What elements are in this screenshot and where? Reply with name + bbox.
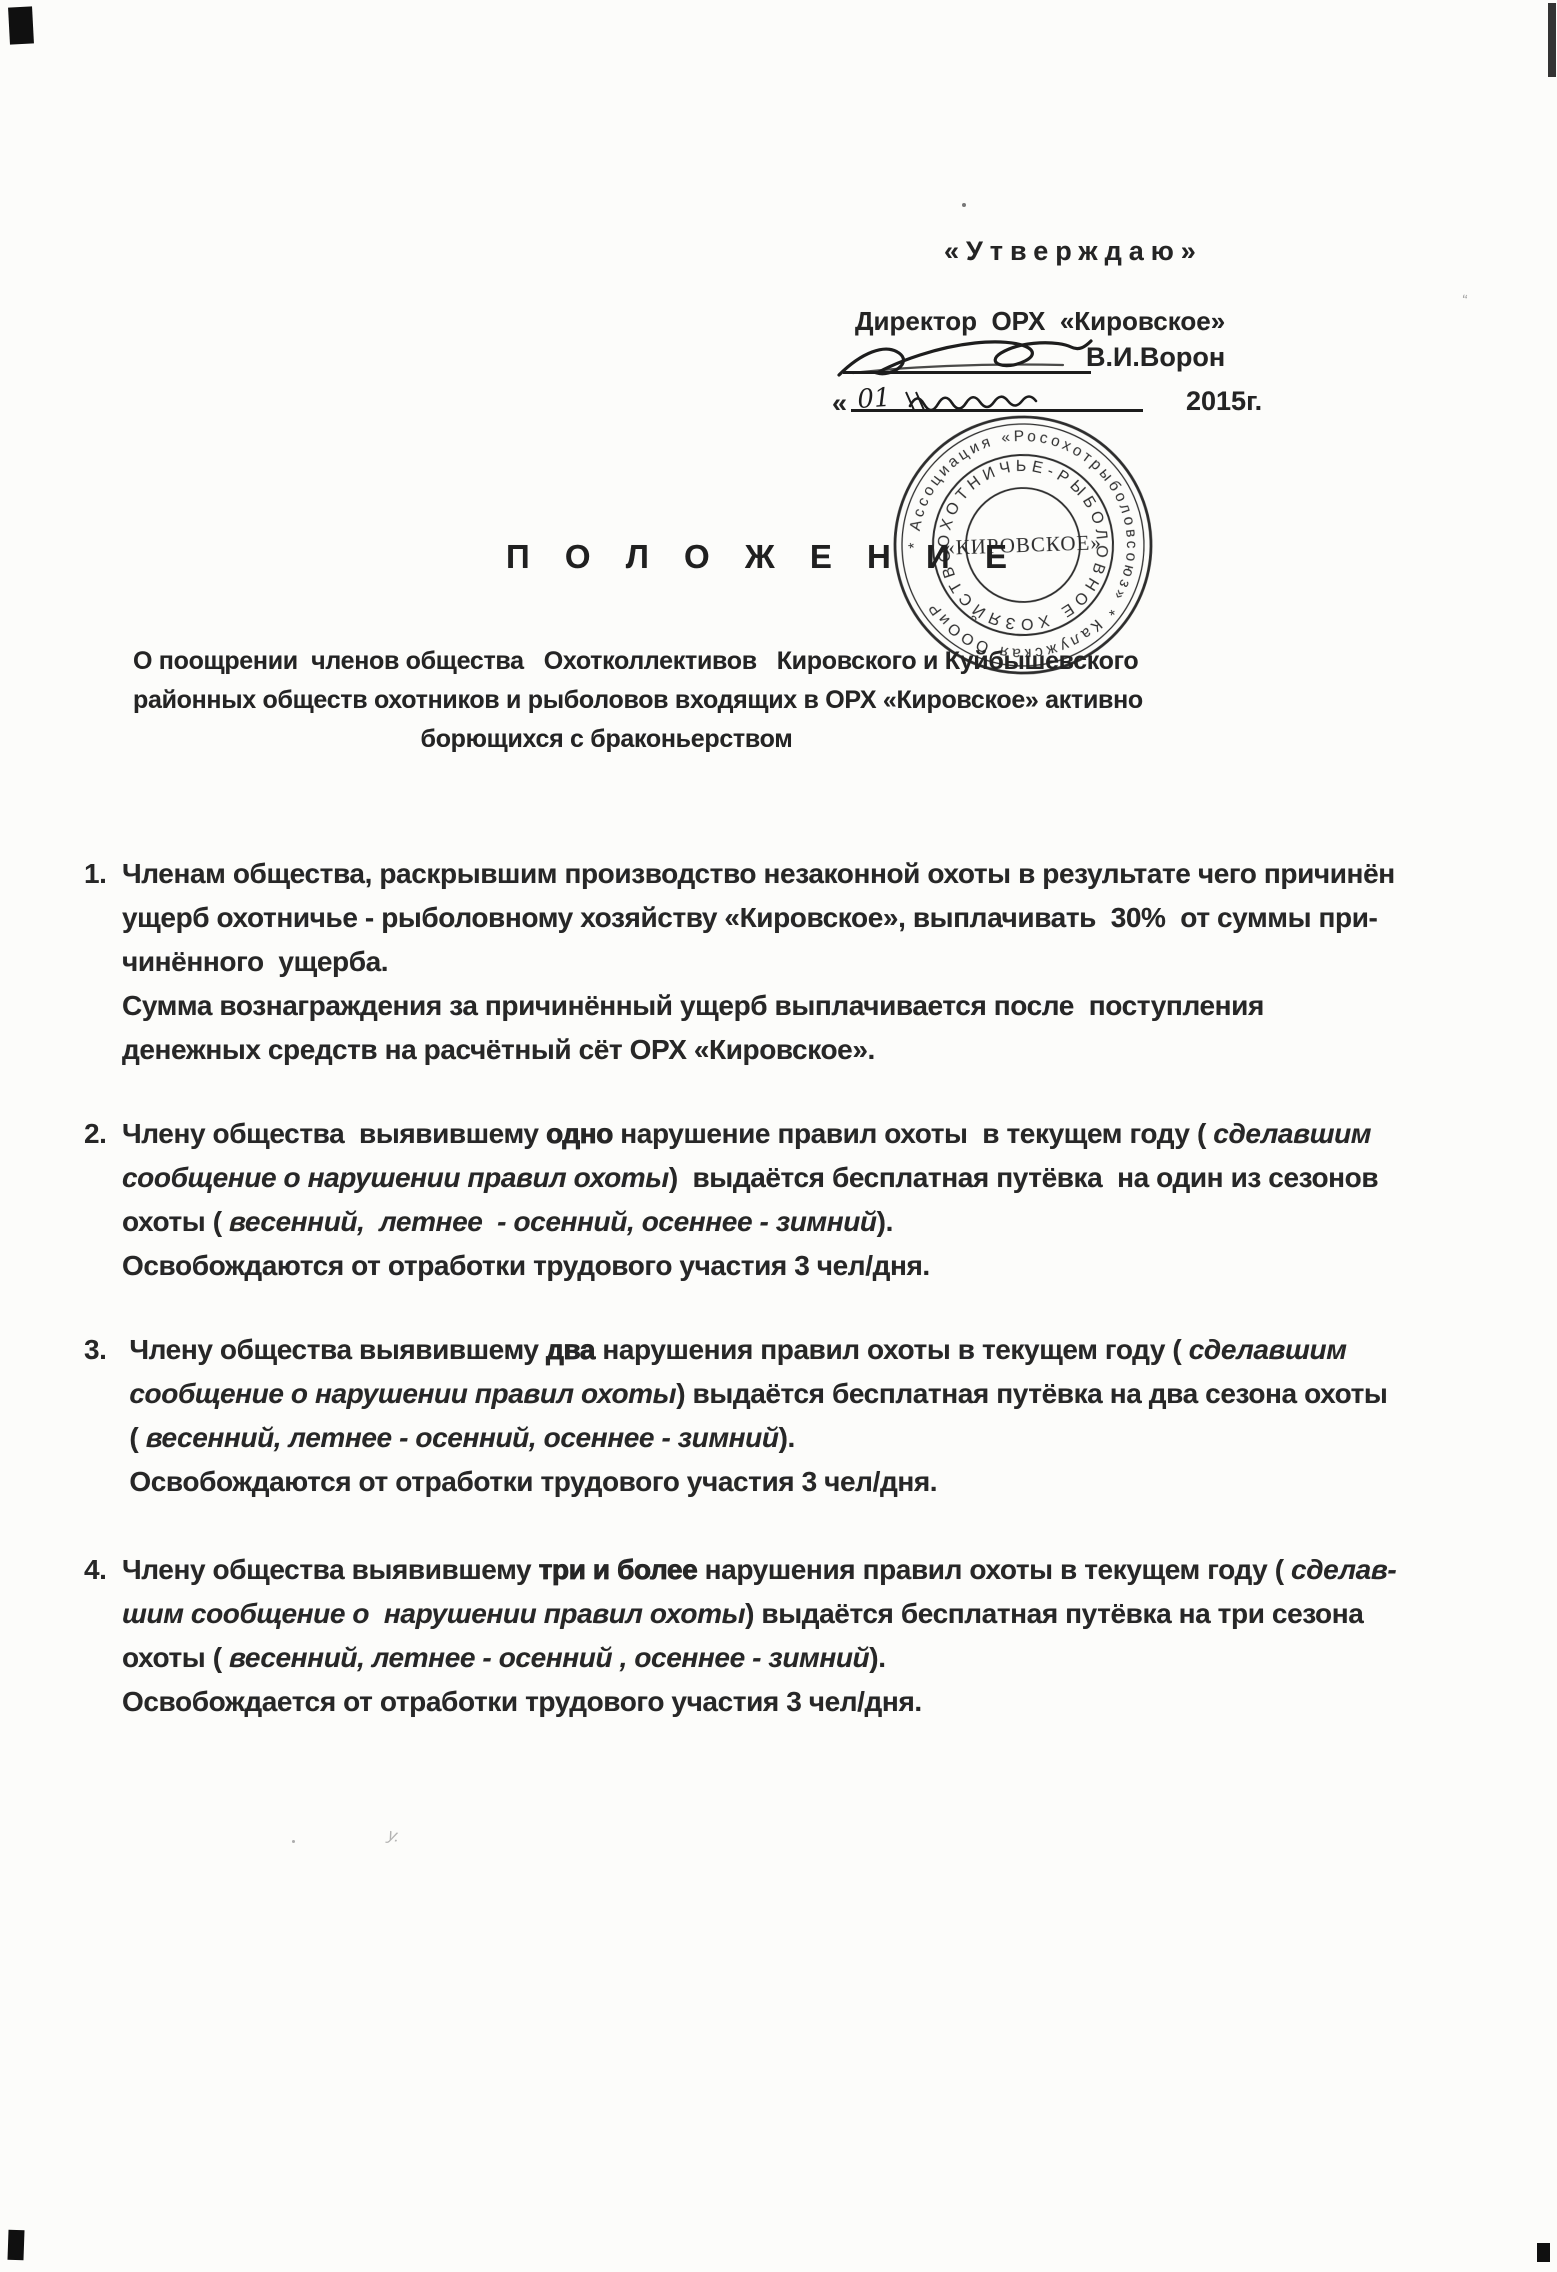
- text-line: Членам общества, раскрывшим производство…: [122, 852, 1484, 896]
- approval-word: «Утверждаю»: [944, 236, 1203, 267]
- signature-line: [843, 371, 1091, 374]
- text-line: Освобождается от отработки трудового уча…: [122, 1680, 1484, 1724]
- date-open-quote: «: [832, 388, 847, 419]
- body-text: ).: [779, 1422, 795, 1453]
- body-text: нарушение правил охоты в текущем году (: [613, 1118, 1213, 1149]
- italic-text: сделав-: [1291, 1554, 1396, 1585]
- subtitle-line: О поощрении членов общества Охотколлекти…: [133, 642, 1080, 681]
- paragraph-number: 3.: [84, 1328, 107, 1372]
- body-text: ) выдаётся бесплатная путёвка на два сез…: [676, 1378, 1387, 1409]
- text-line: Члену общества выявившему одно нарушение…: [122, 1112, 1484, 1156]
- paragraph-number: 1.: [84, 852, 107, 896]
- italic-text: сообщение о нарушении правил охоты: [122, 1378, 676, 1409]
- director-name: В.И.Ворон: [1086, 342, 1225, 373]
- text-line: денежных средств на расчётный сёт ОРХ «К…: [122, 1028, 1484, 1072]
- document-subtitle: О поощрении членов общества Охотколлекти…: [95, 642, 1080, 759]
- text-line: ( весенний, летнее - осенний, осеннее - …: [122, 1416, 1484, 1460]
- bold-keyword: три и более: [539, 1554, 698, 1585]
- document-title: П О Л О Ж Е Н И Е: [506, 538, 1020, 576]
- scan-speck: y.: [386, 1825, 402, 1847]
- scan-artifact-bottom-left: [7, 2230, 24, 2261]
- body-text: Члену общества выявившему: [122, 1118, 546, 1149]
- text-line: Члену общества выявившему три и более на…: [122, 1548, 1484, 1592]
- scan-artifact-top-left: [8, 6, 34, 44]
- paragraph-3: 3. Члену общества выявившему два нарушен…: [84, 1328, 1484, 1504]
- scan-artifact-top-right: [1548, 3, 1556, 77]
- scan-speck: “: [1461, 292, 1468, 310]
- italic-text: весенний, летнее - осенний , осеннее - з…: [229, 1642, 869, 1673]
- body-text: Освобождается от отработки трудового уча…: [122, 1686, 922, 1717]
- document-page: “ y. «Утверждаю» Директор ОРХ «Кировское…: [0, 0, 1557, 2272]
- body-text: нарушения правил охоты в текущем году (: [697, 1554, 1291, 1585]
- subtitle-line: районных обществ охотников и рыболовов в…: [133, 681, 1080, 720]
- scan-speck: [962, 203, 966, 207]
- text-line: Освобождаются от отработки трудового уча…: [122, 1460, 1484, 1504]
- body-text: денежных средств на расчётный сёт ОРХ «К…: [122, 1034, 875, 1065]
- body-text: Члену общества выявившему: [122, 1334, 546, 1365]
- handwritten-signature: [833, 333, 1103, 385]
- text-line: шим сообщение о нарушении правил охоты) …: [122, 1592, 1484, 1636]
- paragraph-number: 2.: [84, 1112, 107, 1156]
- paragraph-1: 1.Членам общества, раскрывшим производст…: [84, 852, 1484, 1072]
- body-text: чинённого ущерба.: [122, 946, 388, 977]
- bold-keyword: одно: [546, 1118, 613, 1149]
- paragraph-2: 2.Члену общества выявившему одно нарушен…: [84, 1112, 1484, 1288]
- body-text: ).: [877, 1206, 893, 1237]
- body-text: охоты (: [122, 1206, 229, 1237]
- body-text: Освобождаются от отработки трудового уча…: [122, 1250, 930, 1281]
- body-text: Члену общества выявившему: [122, 1554, 539, 1585]
- text-line: Освобождаются от отработки трудового уча…: [122, 1244, 1484, 1288]
- italic-text: шим сообщение о нарушении правил охоты: [122, 1598, 745, 1629]
- italic-text: сделавшим: [1189, 1334, 1347, 1365]
- body-text: (: [122, 1422, 146, 1453]
- body-text: Членам общества, раскрывшим производство…: [122, 858, 1395, 889]
- text-line: сообщение о нарушении правил охоты) выда…: [122, 1156, 1484, 1200]
- text-line: Члену общества выявившему два нарушения …: [122, 1328, 1484, 1372]
- subtitle-line: борющихся с браконьерством: [133, 720, 1080, 759]
- date-year: 2015г.: [1186, 386, 1262, 417]
- paragraph-number: 4.: [84, 1548, 107, 1592]
- paragraph-4: 4.Члену общества выявившему три и более …: [84, 1548, 1484, 1724]
- italic-text: весенний, летнее - осенний, осеннее - зи…: [146, 1422, 779, 1453]
- body-text: ).: [869, 1642, 885, 1673]
- text-line: чинённого ущерба.: [122, 940, 1484, 984]
- text-line: сообщение о нарушении правил охоты) выда…: [122, 1372, 1484, 1416]
- body-text: нарушения правил охоты в текущем году (: [595, 1334, 1189, 1365]
- text-line: Сумма вознаграждения за причинённый ущер…: [122, 984, 1484, 1028]
- body-text: Освобождаются от отработки трудового уча…: [122, 1466, 937, 1497]
- text-line: ущерб охотничье - рыболовному хозяйству …: [122, 896, 1484, 940]
- italic-text: сообщение о нарушении правил охоты: [122, 1162, 669, 1193]
- text-line: охоты ( весенний, летнее - осенний , осе…: [122, 1636, 1484, 1680]
- body-text: ) выдаётся бесплатная путёвка на один из…: [669, 1162, 1378, 1193]
- bold-keyword: два: [546, 1334, 595, 1365]
- body-text: охоты (: [122, 1642, 229, 1673]
- italic-text: весенний, летнее - осенний, осеннее - зи…: [229, 1206, 877, 1237]
- body-text: Сумма вознаграждения за причинённый ущер…: [122, 990, 1264, 1021]
- body-text: ущерб охотничье - рыболовному хозяйству …: [122, 902, 1377, 933]
- scan-artifact-bottom-right: [1537, 2243, 1550, 2262]
- italic-text: сделавшим: [1213, 1118, 1371, 1149]
- text-line: охоты ( весенний, летнее - осенний, осен…: [122, 1200, 1484, 1244]
- scan-speck: [292, 1840, 295, 1843]
- body-text: ) выдаётся бесплатная путёвка на три сез…: [745, 1598, 1363, 1629]
